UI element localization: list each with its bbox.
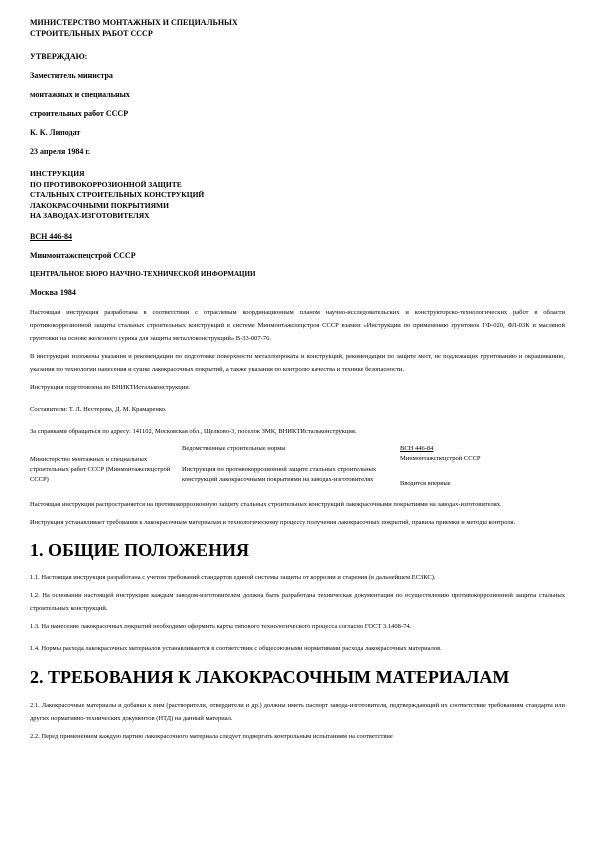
norm-table-doc-title: Инструкция по противокоррозионной защите… [182, 465, 400, 485]
doc-title-line-4: ЛАКОКРАСОЧНЫМИ ПОКРЫТИЯМИ [30, 201, 565, 212]
doc-code: ВСН 446-84 [30, 231, 565, 242]
section-1-heading: 1. ОБЩИЕ ПОЛОЖЕНИЯ [30, 541, 565, 560]
norm-table-code: ВСН 446-84 [400, 444, 565, 454]
approver-position-line-1: Заместитель министра [30, 70, 565, 81]
section-2-heading: 2. ТРЕБОВАНИЯ К ЛАКОКРАСОЧНЫМ МАТЕРИАЛАМ [30, 668, 565, 687]
doc-title-line-5: НА ЗАВОДАХ-ИЗГОТОВИТЕЛЯХ [30, 211, 565, 222]
approve-stamp: УТВЕРЖДАЮ: [30, 51, 565, 62]
issuing-org: Минмонтажспецстрой СССР [30, 250, 565, 261]
clause-1-3: 1.3. На нанесение лакокрасочных покрытий… [30, 620, 565, 633]
ministry-name-line-2: СТРОИТЕЛЬНЫХ РАБОТ СССР [30, 28, 565, 39]
clause-2-2: 2.2. Перед применением каждую партию лак… [30, 730, 565, 743]
doc-title-line-2: ПО ПРОТИВОКОРРОЗИОННОЙ ЗАЩИТЕ [30, 180, 565, 191]
norm-table-title-cell: Ведомственные строительные нормы Инструк… [182, 444, 400, 489]
doc-title-line-1: ИНСТРУКЦИЯ [30, 169, 565, 180]
ministry-name-line-1: МИНИСТЕРСТВО МОНТАЖНЫХ И СПЕЦИАЛЬНЫХ [30, 17, 565, 28]
norm-table-code-cell: ВСН 446-84 Минмонтажспецстрой СССР Вводи… [400, 444, 565, 489]
norm-table-org: Министерство монтажных и специальных стр… [30, 455, 172, 485]
clause-2-1: 2.1. Лакокрасочные материалы и добавки к… [30, 699, 565, 725]
clause-1-1: 1.1. Настоящая инструкция разработана с … [30, 571, 565, 584]
norm-table-code-org: Минмонтажспецстрой СССР [400, 454, 565, 464]
approver-position-line-2: монтажных и специальных [30, 89, 565, 100]
norm-table-doc-kind: Ведомственные строительные нормы [182, 444, 400, 454]
clause-1-2: 1.2. На основании настоящей инструкции к… [30, 589, 565, 615]
intro-paragraph-2: В инструкции изложены указания и рекомен… [30, 350, 565, 376]
approver-position-line-3: строительных работ СССР [30, 108, 565, 119]
document-page: МИНИСТЕРСТВО МОНТАЖНЫХ И СПЕЦИАЛЬНЫХ СТР… [0, 0, 595, 842]
scope-paragraph-1: Настоящая инструкция распространяется на… [30, 498, 565, 511]
scope-paragraph-2: Инструкция устанавливает требования к ла… [30, 516, 565, 529]
norm-table: Министерство монтажных и специальных стр… [30, 444, 565, 489]
doc-title: ИНСТРУКЦИЯ ПО ПРОТИВОКОРРОЗИОННОЙ ЗАЩИТЕ… [30, 169, 565, 222]
city-year: Москва 1984 [30, 287, 565, 298]
intro-paragraph-1: Настоящая инструкция разработана в соотв… [30, 306, 565, 345]
intro-authors: Составители: Т. Л. Нестерова, Д. М. Крам… [30, 403, 565, 416]
approval-date: 23 апреля 1984 г. [30, 146, 565, 157]
intro-contact-address: За справками обращаться по адресу: 14110… [30, 425, 565, 438]
doc-title-line-3: СТАЛЬНЫХ СТРОИТЕЛЬНЫХ КОНСТРУКЦИЙ [30, 190, 565, 201]
norm-table-org-cell: Министерство монтажных и специальных стр… [30, 444, 182, 489]
norm-table-status: Вводится впервые [400, 479, 565, 489]
clause-1-4: 1.4. Нормы расхода лакокрасочных материа… [30, 642, 565, 655]
approver-name: К. К. Липодат [30, 127, 565, 138]
publishing-bureau: ЦЕНТРАЛЬНОЕ БЮРО НАУЧНО-ТЕХНИЧЕСКОЙ ИНФО… [30, 269, 565, 280]
intro-prepared-by: Инструкция подготовлена во ВНИКТИсталько… [30, 381, 565, 394]
